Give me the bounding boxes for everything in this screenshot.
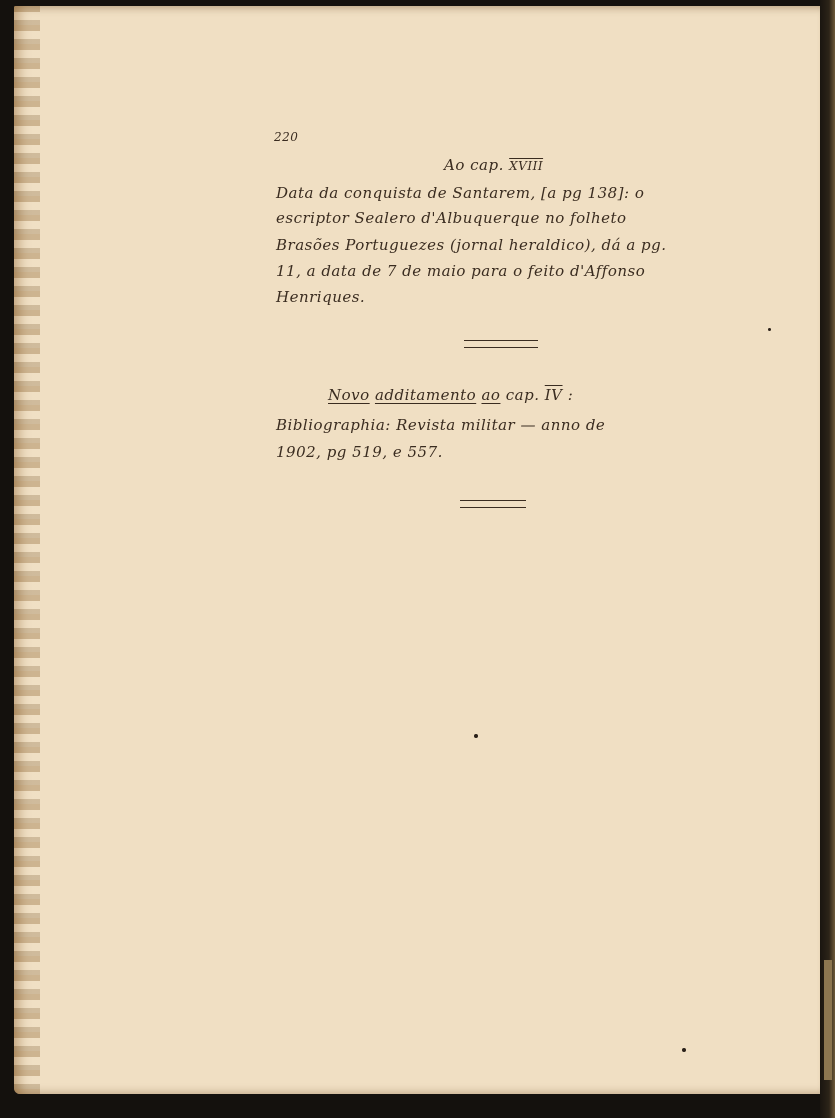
section1-heading: Ao cap. XVIII	[444, 156, 543, 174]
ink-speck	[682, 1048, 686, 1052]
heading-word: Novo	[328, 386, 370, 404]
heading-word: :	[568, 386, 574, 404]
section1-line-3: Brasões Portuguezes (jornal heraldico), …	[276, 236, 667, 254]
section1-line-2: escriptor Sealero d'Albuquerque no folhe…	[276, 209, 627, 227]
section2-line-2: 1902, pg 519, e 557.	[276, 443, 443, 461]
heading-prefix: Ao cap.	[444, 156, 504, 174]
double-rule-divider	[464, 340, 538, 348]
double-rule-divider	[460, 500, 526, 508]
section1-line-5: Henriques.	[276, 288, 365, 306]
ink-speck	[474, 734, 478, 738]
line-text: Brasões Portuguezes (jornal heraldico), …	[276, 236, 667, 254]
section1-line-4: 11, a data de 7 de maio para o feito d'A…	[276, 262, 645, 280]
ink-speck	[768, 328, 771, 331]
spine-edge	[824, 960, 832, 1080]
heading-word: cap.	[506, 386, 540, 404]
chapter-roman: XVIII	[509, 159, 543, 173]
heading-word: IV	[545, 386, 563, 404]
manuscript-page: 220 Ao cap. XVIII Data da conquista de S…	[14, 6, 820, 1094]
section2-heading: Novo additamento ao cap. IV :	[328, 386, 573, 404]
page-number: 220	[274, 130, 298, 144]
section1-line-1: Data da conquista de Santarem, [a pg 138…	[276, 184, 644, 202]
book-spine	[820, 0, 835, 1118]
section2-line-1: Bibliographia: Revista militar — anno de	[276, 416, 605, 434]
heading-word: additamento	[375, 386, 476, 404]
heading-word: ao	[481, 386, 500, 404]
